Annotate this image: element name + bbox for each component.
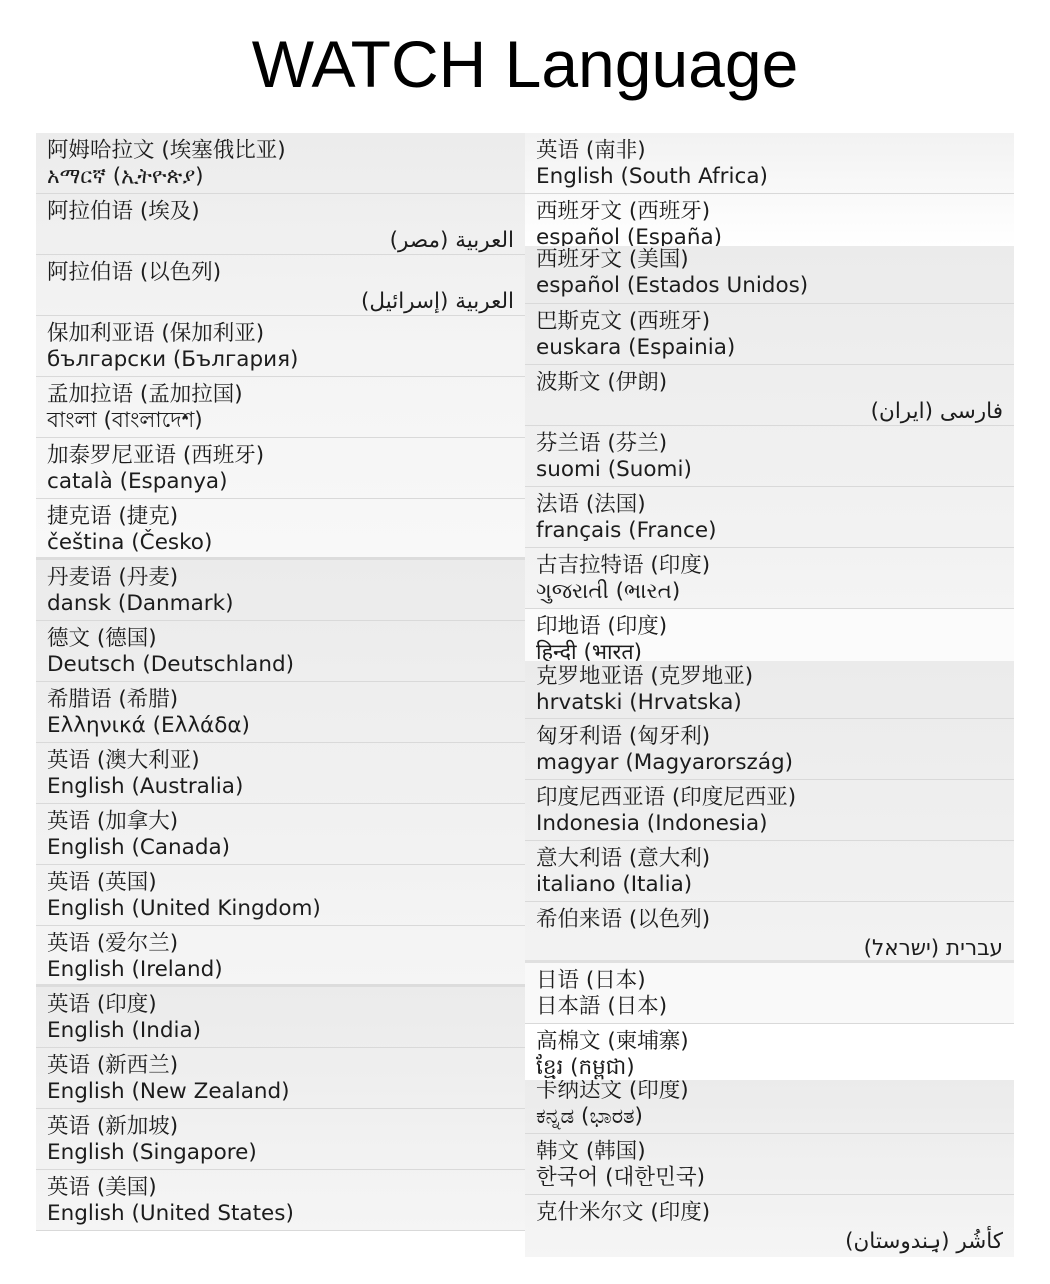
language-label: 匈牙利语 (匈牙利) bbox=[536, 724, 1003, 750]
language-item-french[interactable]: 法语 (法国) français (France) bbox=[525, 487, 1014, 548]
language-label: 英语 (印度) bbox=[47, 992, 514, 1018]
language-label: 孟加拉语 (孟加拉国) bbox=[47, 382, 514, 408]
language-label: 英语 (新西兰) bbox=[47, 1053, 514, 1079]
language-item-amharic[interactable]: 阿姆哈拉文 (埃塞俄比亚) አማርኛ (ኢትዮጵያ) bbox=[36, 133, 525, 194]
language-item-english-india[interactable]: 英语 (印度) English (India) bbox=[36, 987, 525, 1048]
language-native-label: বাংলা (বাংলাদেশ) bbox=[47, 408, 514, 434]
language-item-japanese[interactable]: 日语 (日本) 日本語 (日本) bbox=[525, 963, 1014, 1024]
language-item-english-us[interactable]: 英语 (美国) English (United States) bbox=[36, 1170, 525, 1231]
language-native-label: English (Canada) bbox=[47, 835, 514, 861]
language-native-label: français (France) bbox=[536, 518, 1003, 544]
language-label: 意大利语 (意大利) bbox=[536, 846, 1003, 872]
language-item-gujarati[interactable]: 古吉拉特语 (印度) ગુજરાતી (ભારત) bbox=[525, 548, 1014, 609]
language-item-hungarian[interactable]: 匈牙利语 (匈牙利) magyar (Magyarország) bbox=[525, 719, 1014, 780]
language-item-spanish-spain[interactable]: 西班牙文 (西班牙) español (España) bbox=[525, 194, 1014, 246]
language-item-finnish[interactable]: 芬兰语 (芬兰) suomi (Suomi) bbox=[525, 426, 1014, 487]
language-item-english-canada[interactable]: 英语 (加拿大) English (Canada) bbox=[36, 804, 525, 865]
language-label: 英语 (加拿大) bbox=[47, 809, 514, 835]
language-label: 英语 (英国) bbox=[47, 870, 514, 896]
language-native-label: English (Ireland) bbox=[47, 957, 514, 983]
language-native-label: فارسی (ایران) bbox=[536, 399, 1003, 425]
language-item-indonesian[interactable]: 印度尼西亚语 (印度尼西亚) Indonesia (Indonesia) bbox=[525, 780, 1014, 841]
language-item-khmer[interactable]: 高棉文 (柬埔寨) ខ្មែរ (កម្ពុជា) bbox=[525, 1024, 1014, 1080]
language-item-arabic-israel[interactable]: 阿拉伯语 (以色列) العربية (إسرائيل) bbox=[36, 255, 525, 316]
language-native-label: English (New Zealand) bbox=[47, 1079, 514, 1105]
language-item-korean[interactable]: 韩文 (韩国) 한국어 (대한민국) bbox=[525, 1134, 1014, 1195]
language-item-kashmiri[interactable]: 克什米尔文 (印度) کأشُر (ہِندوستان) bbox=[525, 1195, 1014, 1257]
language-label: 印地语 (印度) bbox=[536, 614, 1003, 640]
list-segment: 丹麦语 (丹麦) dansk (Danmark) 德文 (德国) Deutsch… bbox=[36, 560, 525, 987]
language-label: 捷克语 (捷克) bbox=[47, 504, 514, 530]
language-native-label: español (España) bbox=[536, 225, 1003, 246]
language-label: 古吉拉特语 (印度) bbox=[536, 553, 1003, 579]
language-label: 保加利亚语 (保加利亚) bbox=[47, 321, 514, 347]
language-native-label: ಕನ್ನಡ (ಭಾರತ) bbox=[536, 1104, 1003, 1130]
language-label: 丹麦语 (丹麦) bbox=[47, 565, 514, 591]
language-label: 阿姆哈拉文 (埃塞俄比亚) bbox=[47, 138, 514, 164]
language-label: 英语 (澳大利亚) bbox=[47, 748, 514, 774]
language-native-label: English (India) bbox=[47, 1018, 514, 1044]
language-native-label: العربية (مصر) bbox=[47, 228, 514, 254]
language-label: 希腊语 (希腊) bbox=[47, 687, 514, 713]
language-item-catalan[interactable]: 加泰罗尼亚语 (西班牙) català (Espanya) bbox=[36, 438, 525, 499]
language-item-czech[interactable]: 捷克语 (捷克) čeština (Česko) bbox=[36, 499, 525, 560]
language-list-right: 英语 (南非) English (South Africa) 西班牙文 (西班牙… bbox=[525, 133, 1014, 1257]
list-segment: 阿姆哈拉文 (埃塞俄比亚) አማርኛ (ኢትዮጵያ) 阿拉伯语 (埃及) الع… bbox=[36, 133, 525, 560]
language-list-left: 阿姆哈拉文 (埃塞俄比亚) አማርኛ (ኢትዮጵያ) 阿拉伯语 (埃及) الع… bbox=[36, 133, 525, 1231]
language-native-label: עברית (ישראל) bbox=[536, 936, 1003, 962]
language-native-label: català (Espanya) bbox=[47, 469, 514, 495]
language-native-label: italiano (Italia) bbox=[536, 872, 1003, 898]
language-item-danish[interactable]: 丹麦语 (丹麦) dansk (Danmark) bbox=[36, 560, 525, 621]
list-segment: 卡纳达文 (印度) ಕನ್ನಡ (ಭಾರತ) 韩文 (韩国) 한국어 (대한민국… bbox=[525, 1080, 1014, 1257]
language-native-label: euskara (Espainia) bbox=[536, 335, 1003, 361]
language-item-bengali[interactable]: 孟加拉语 (孟加拉国) বাংলা (বাংলাদেশ) bbox=[36, 377, 525, 438]
language-native-label: magyar (Magyarország) bbox=[536, 750, 1003, 776]
language-label: 韩文 (韩国) bbox=[536, 1139, 1003, 1165]
language-native-label: አማርኛ (ኢትዮጵያ) bbox=[47, 164, 514, 190]
language-native-label: Deutsch (Deutschland) bbox=[47, 652, 514, 678]
language-native-label: English (South Africa) bbox=[536, 164, 1003, 190]
language-label: 克什米尔文 (印度) bbox=[536, 1200, 1003, 1226]
language-item-english-singapore[interactable]: 英语 (新加坡) English (Singapore) bbox=[36, 1109, 525, 1170]
language-item-bulgarian[interactable]: 保加利亚语 (保加利亚) български (България) bbox=[36, 316, 525, 377]
language-item-kannada[interactable]: 卡纳达文 (印度) ಕನ್ನಡ (ಭಾರತ) bbox=[525, 1080, 1014, 1134]
language-item-greek[interactable]: 希腊语 (希腊) Ελληνικά (Ελλάδα) bbox=[36, 682, 525, 743]
language-item-spanish-us[interactable]: 西班牙文 (美国) español (Estados Unidos) bbox=[525, 246, 1014, 304]
language-item-arabic-egypt[interactable]: 阿拉伯语 (埃及) العربية (مصر) bbox=[36, 194, 525, 255]
language-item-italian[interactable]: 意大利语 (意大利) italiano (Italia) bbox=[525, 841, 1014, 902]
language-label: 克罗地亚语 (克罗地亚) bbox=[536, 664, 1003, 690]
language-native-label: English (United Kingdom) bbox=[47, 896, 514, 922]
language-label: 西班牙文 (美国) bbox=[536, 247, 1003, 273]
page-title: WATCH Language bbox=[0, 22, 1050, 106]
language-native-label: 한국어 (대한민국) bbox=[536, 1165, 1003, 1191]
language-native-label: Ελληνικά (Ελλάδα) bbox=[47, 713, 514, 739]
language-native-label: 日本語 (日本) bbox=[536, 994, 1003, 1020]
language-label: 西班牙文 (西班牙) bbox=[536, 199, 1003, 225]
language-label: 英语 (爱尔兰) bbox=[47, 931, 514, 957]
language-item-english-new-zealand[interactable]: 英语 (新西兰) English (New Zealand) bbox=[36, 1048, 525, 1109]
language-native-label: ગુજરાતી (ભારત) bbox=[536, 579, 1003, 605]
language-native-label: čeština (Česko) bbox=[47, 530, 514, 556]
language-label: 加泰罗尼亚语 (西班牙) bbox=[47, 443, 514, 469]
language-native-label: ខ្មែរ (កម្ពុជា) bbox=[536, 1055, 1003, 1080]
language-label: 日语 (日本) bbox=[536, 968, 1003, 994]
list-segment: 西班牙文 (美国) español (Estados Unidos) 巴斯克文 … bbox=[525, 246, 1014, 661]
language-item-basque[interactable]: 巴斯克文 (西班牙) euskara (Espainia) bbox=[525, 304, 1014, 365]
language-item-german[interactable]: 德文 (德国) Deutsch (Deutschland) bbox=[36, 621, 525, 682]
language-label: 波斯文 (伊朗) bbox=[536, 370, 1003, 396]
language-native-label: dansk (Danmark) bbox=[47, 591, 514, 617]
language-native-label: suomi (Suomi) bbox=[536, 457, 1003, 483]
language-label: 卡纳达文 (印度) bbox=[536, 1080, 1003, 1104]
language-label: 印度尼西亚语 (印度尼西亚) bbox=[536, 785, 1003, 811]
language-native-label: English (United States) bbox=[47, 1201, 514, 1227]
language-item-english-uk[interactable]: 英语 (英国) English (United Kingdom) bbox=[36, 865, 525, 926]
language-label: 芬兰语 (芬兰) bbox=[536, 431, 1003, 457]
list-segment: 英语 (印度) English (India) 英语 (新西兰) English… bbox=[36, 987, 525, 1231]
language-label: 英语 (美国) bbox=[47, 1175, 514, 1201]
language-item-hebrew[interactable]: 希伯来语 (以色列) עברית (ישראל) bbox=[525, 902, 1014, 963]
language-item-english-ireland[interactable]: 英语 (爱尔兰) English (Ireland) bbox=[36, 926, 525, 987]
language-native-label: हिन्दी (भारत) bbox=[536, 640, 1003, 661]
language-item-croatian[interactable]: 克罗地亚语 (克罗地亚) hrvatski (Hrvatska) bbox=[525, 661, 1014, 719]
language-item-persian[interactable]: 波斯文 (伊朗) فارسی (ایران) bbox=[525, 365, 1014, 426]
language-native-label: English (Singapore) bbox=[47, 1140, 514, 1166]
language-native-label: español (Estados Unidos) bbox=[536, 273, 1003, 299]
language-label: 阿拉伯语 (以色列) bbox=[47, 260, 514, 286]
language-item-english-south-africa[interactable]: 英语 (南非) English (South Africa) bbox=[525, 133, 1014, 194]
language-native-label: hrvatski (Hrvatska) bbox=[536, 690, 1003, 716]
language-native-label: العربية (إسرائيل) bbox=[47, 289, 514, 315]
language-label: 巴斯克文 (西班牙) bbox=[536, 309, 1003, 335]
language-native-label: کأشُر (ہِندوستان) bbox=[536, 1229, 1003, 1255]
language-label: 英语 (新加坡) bbox=[47, 1114, 514, 1140]
language-item-hindi[interactable]: 印地语 (印度) हिन्दी (भारत) bbox=[525, 609, 1014, 661]
language-label: 法语 (法国) bbox=[536, 492, 1003, 518]
language-label: 德文 (德国) bbox=[47, 626, 514, 652]
language-item-english-australia[interactable]: 英语 (澳大利亚) English (Australia) bbox=[36, 743, 525, 804]
language-label: 英语 (南非) bbox=[536, 138, 1003, 164]
language-label: 阿拉伯语 (埃及) bbox=[47, 199, 514, 225]
language-native-label: български (България) bbox=[47, 347, 514, 373]
list-segment: 英语 (南非) English (South Africa) 西班牙文 (西班牙… bbox=[525, 133, 1014, 246]
language-native-label: Indonesia (Indonesia) bbox=[536, 811, 1003, 837]
list-segment: 克罗地亚语 (克罗地亚) hrvatski (Hrvatska) 匈牙利语 (匈… bbox=[525, 661, 1014, 1080]
language-label: 高棉文 (柬埔寨) bbox=[536, 1029, 1003, 1055]
language-label: 希伯来语 (以色列) bbox=[536, 907, 1003, 933]
language-native-label: English (Australia) bbox=[47, 774, 514, 800]
